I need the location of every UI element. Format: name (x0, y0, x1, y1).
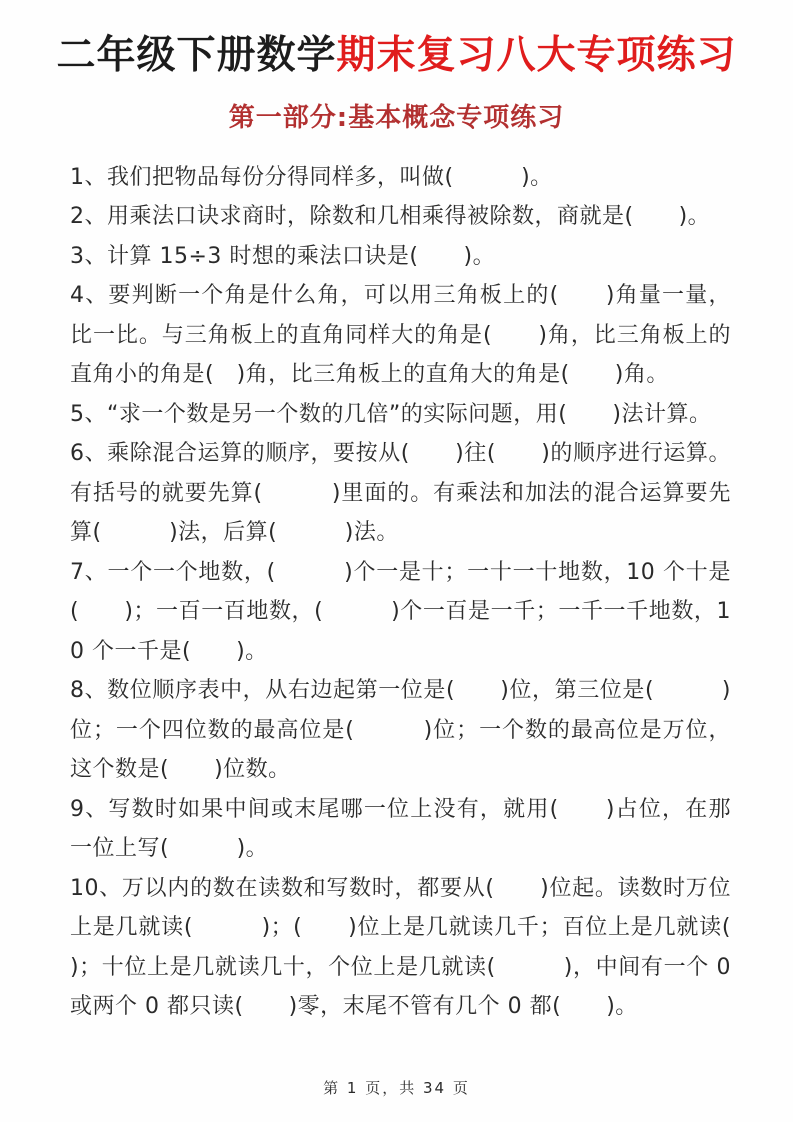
question-item-7: 7、一个一个地数，( )个一是十；一十一十地数，10 个十是( )；一百一百地数… (70, 553, 731, 672)
question-item-1: 1、我们把物品每份分得同样多，叫做( )。 (70, 158, 731, 198)
question-item-10: 10、万以内的数在读数和写数时，都要从( )位起。读数时万位上是几就读( )；(… (70, 869, 731, 1027)
question-item-9: 9、写数时如果中间或末尾哪一位上没有，就用( )占位，在那一位上写( )。 (70, 790, 731, 869)
question-item-5: 5、“求一个数是另一个数的几倍”的实际问题，用( )法计算。 (70, 395, 731, 435)
page-number-label: 第 1 页，共 34 页 (323, 1079, 470, 1097)
page-title: 二年级下册数学期末复习八大专项练习 (0, 32, 793, 81)
question-item-6: 6、乘除混合运算的顺序，要按从( )往( )的顺序进行运算。有括号的就要先算( … (70, 434, 731, 553)
question-item-2: 2、用乘法口诀求商时，除数和几相乘得被除数，商就是( )。 (70, 197, 731, 237)
worksheet-page: 二年级下册数学期末复习八大专项练习 第一部分:基本概念专项练习 1、我们把物品每… (0, 0, 793, 1122)
section-heading: 第一部分:基本概念专项练习 (0, 97, 793, 134)
questions-list: 1、我们把物品每份分得同样多，叫做( )。 2、用乘法口诀求商时，除数和几相乘得… (70, 158, 731, 1027)
title-part-black: 二年级下册数学 (56, 33, 336, 78)
question-item-8: 8、数位顺序表中，从右边起第一位是( )位，第三位是( )位；一个四位数的最高位… (70, 671, 731, 790)
title-part-red: 期末复习八大专项练习 (337, 33, 737, 78)
page-footer: 第 1 页，共 34 页 (0, 1077, 793, 1098)
question-item-3: 3、计算 15÷3 时想的乘法口诀是( )。 (70, 237, 731, 277)
question-item-4: 4、要判断一个角是什么角，可以用三角板上的( )角量一量，比一比。与三角板上的直… (70, 276, 731, 395)
